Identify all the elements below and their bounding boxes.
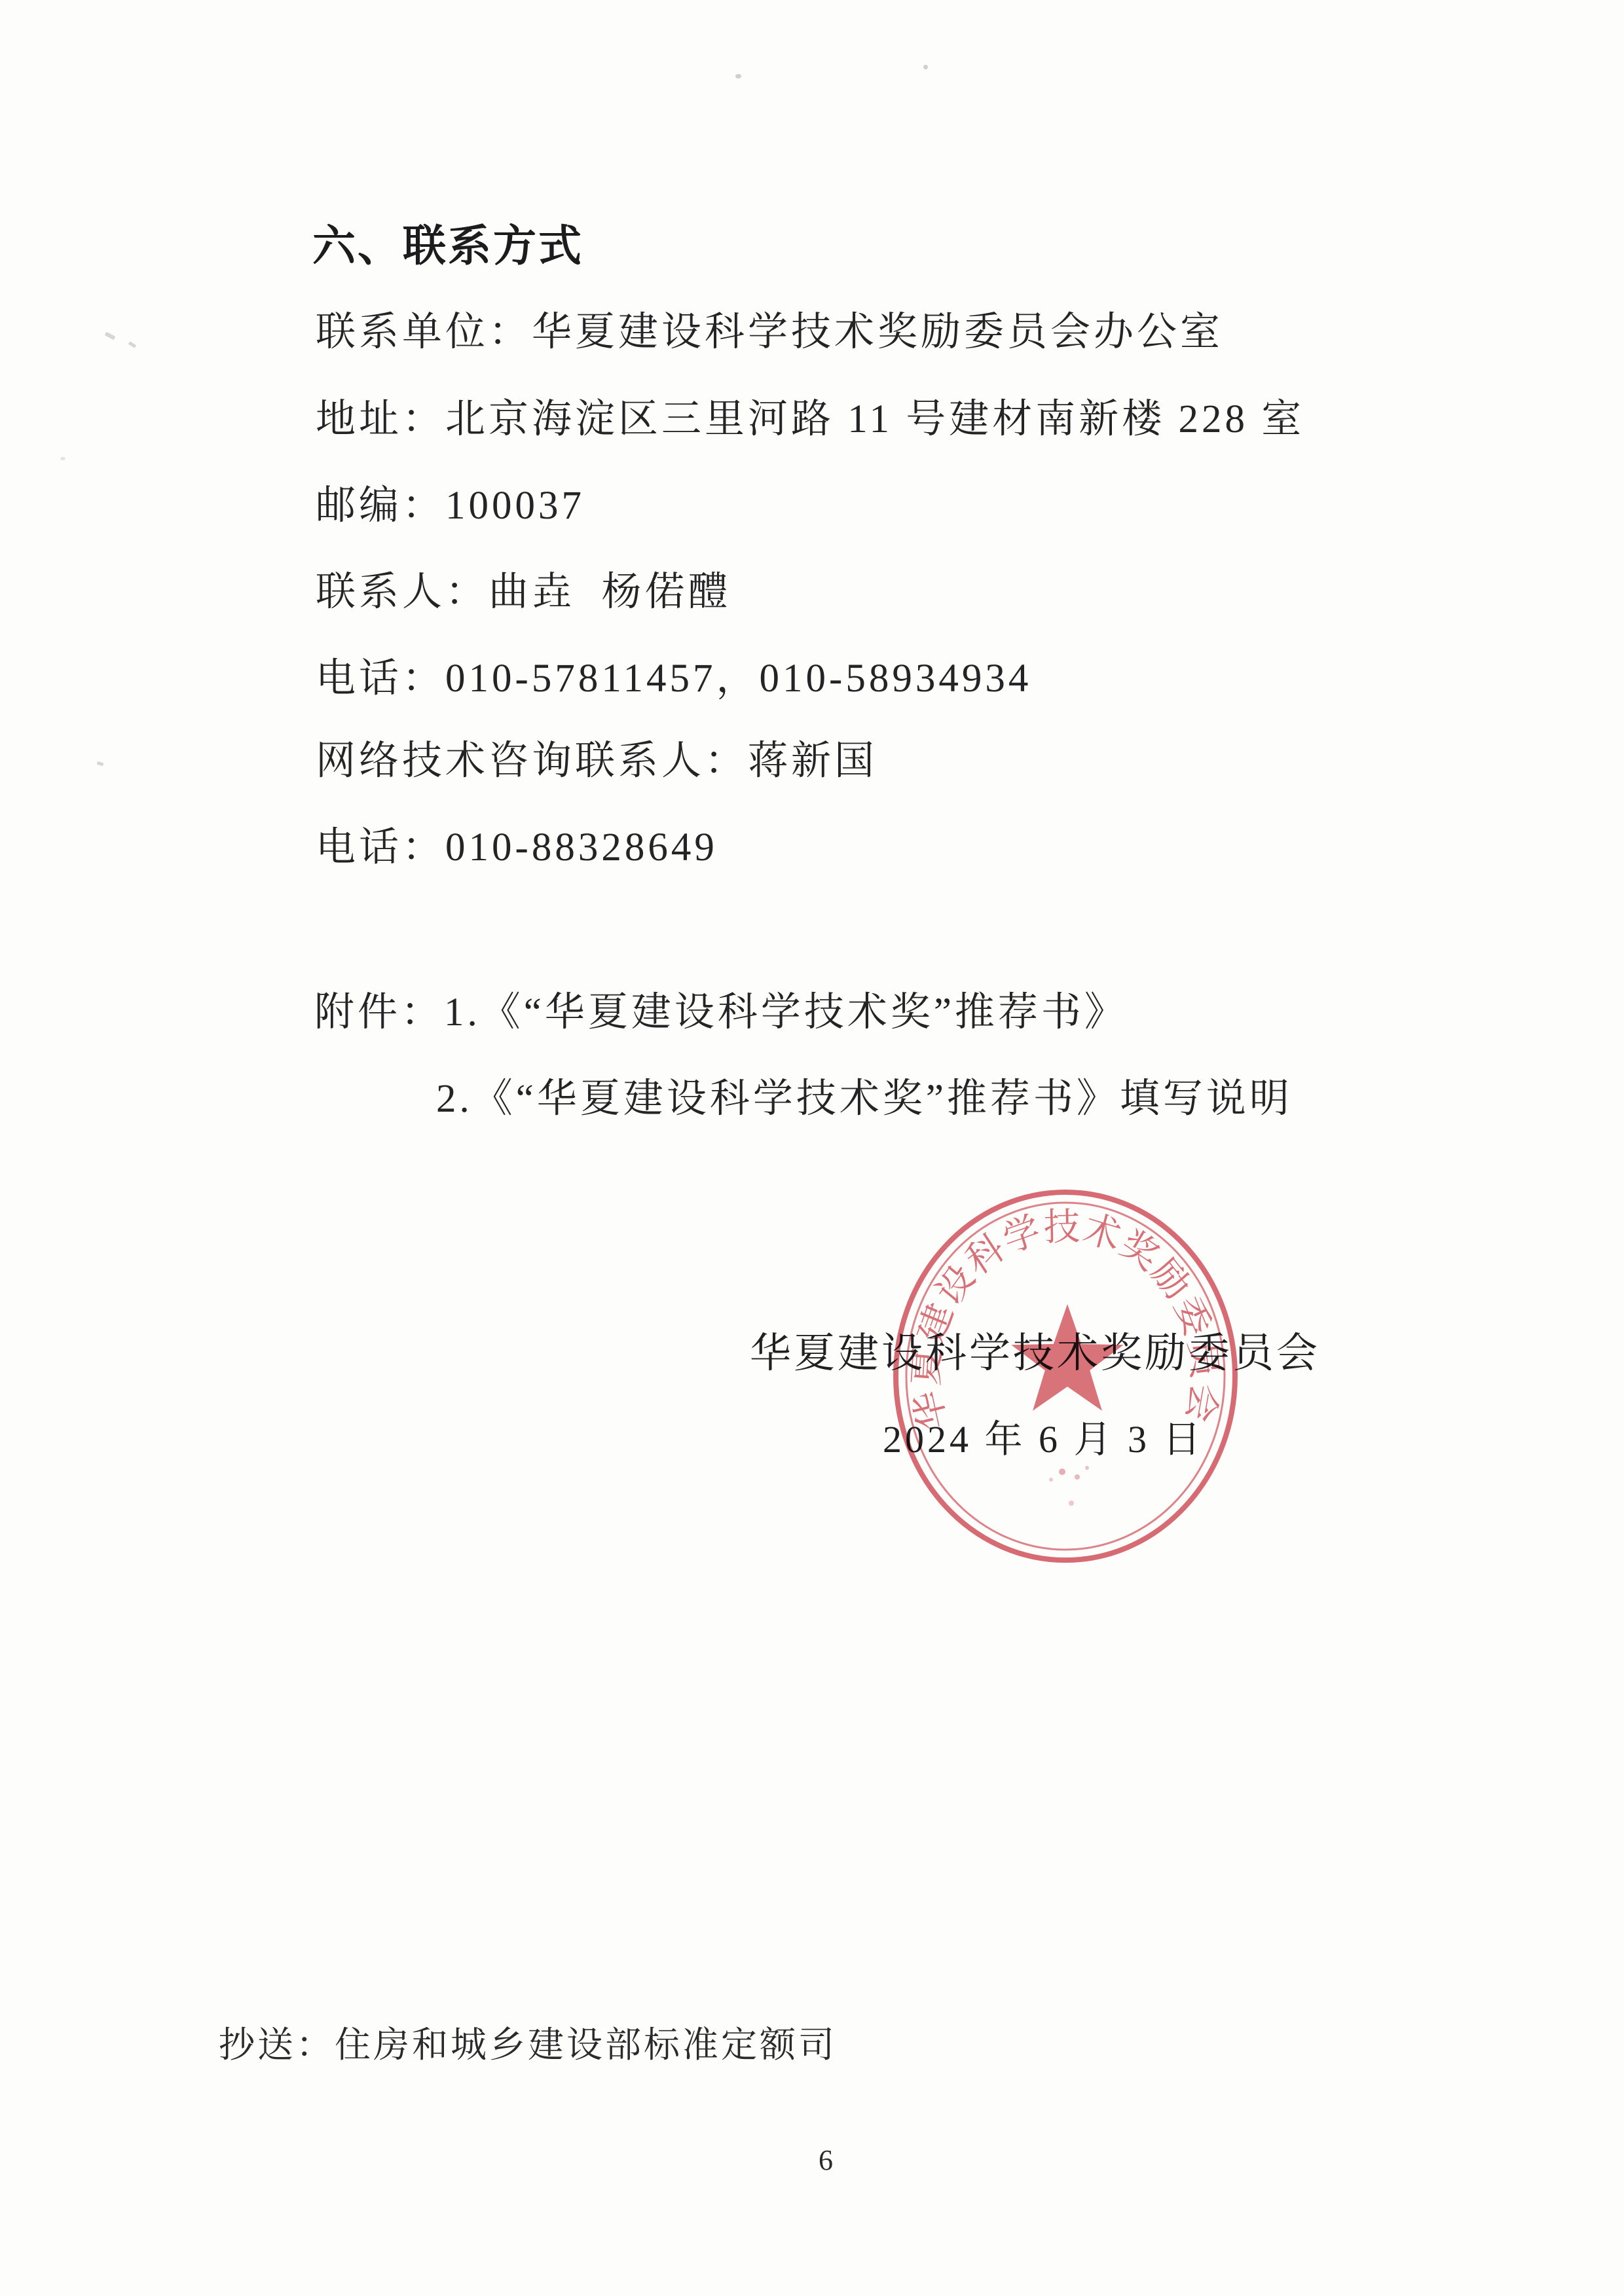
contact-unit-line: 联系单位：华夏建设科学技术奖励委员会办公室 — [316, 312, 1223, 352]
seal-ink-speckles — [1049, 1466, 1089, 1506]
postcode-line: 邮编：100037 — [316, 486, 585, 526]
document-page: 六、联系方式 联系单位：华夏建设科学技术奖励委员会办公室 地址：北京海淀区三里河… — [0, 0, 1624, 2296]
scan-speck — [128, 341, 137, 348]
cc-line: 抄送：住房和城乡建设部标准定额司 — [219, 2027, 837, 2063]
attachment-line-2: 2.《“华夏建设科学技术奖”推荐书》填写说明 — [436, 1079, 1293, 1119]
scan-speck — [735, 74, 741, 79]
phone-line-2: 电话：010-88328649 — [316, 828, 718, 867]
scan-speck — [105, 332, 116, 340]
scan-speck — [60, 457, 65, 460]
official-red-seal: 华夏建设科学技术奖励委员会 — [864, 1165, 1270, 1591]
phone-line-1: 电话：010-57811457，010-58934934 — [316, 659, 1031, 699]
network-contact-line: 网络技术咨询联系人：蒋新国 — [316, 741, 877, 781]
attachment-line-1: 附件：1.《“华夏建设科学技术奖”推荐书》 — [314, 993, 1128, 1032]
page-number: 6 — [819, 2146, 833, 2175]
address-line: 地址：北京海淀区三里河路 11 号建材南新楼 228 室 — [316, 399, 1304, 439]
star-icon — [1011, 1304, 1123, 1411]
section-heading: 六、联系方式 — [312, 224, 583, 267]
scan-speck — [923, 65, 928, 69]
contact-person-line: 联系人：曲垚 杨偌醴 — [316, 572, 731, 612]
scan-speck — [97, 761, 104, 766]
